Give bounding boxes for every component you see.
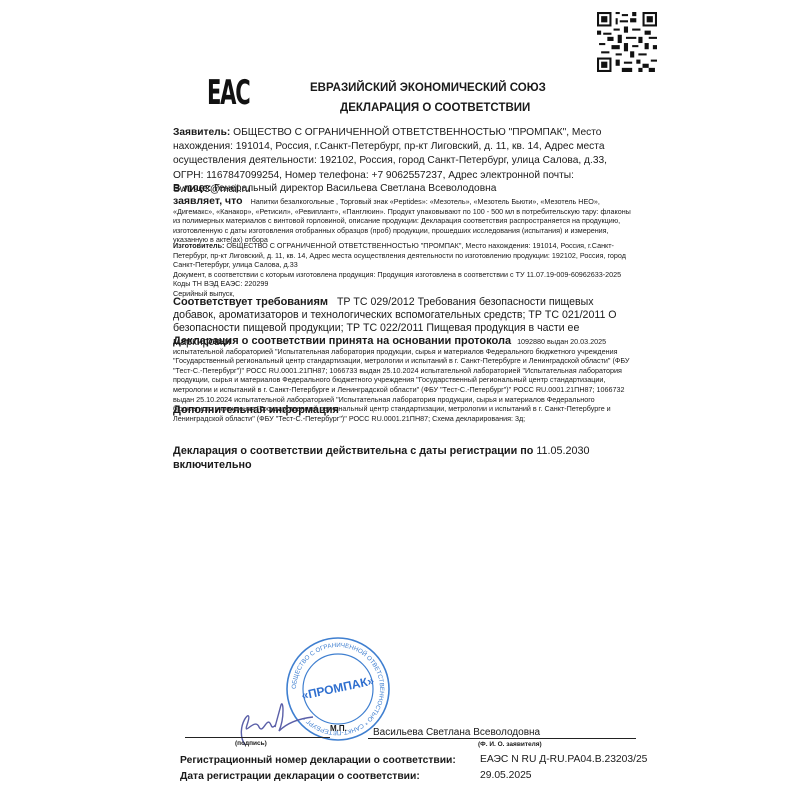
manufacturer-section: Изготовитель: ОБЩЕСТВО С ОГРАНИЧЕННОЙ ОТ…: [173, 241, 635, 299]
registration-date-label: Дата регистрации декларации о соответств…: [180, 771, 420, 782]
registration-number-label: Регистрационный номер декларации о соотв…: [180, 755, 456, 766]
eac-logo: ЕАС: [207, 73, 249, 113]
represented-by-label: В лице:: [173, 183, 211, 194]
applicant-label: Заявитель:: [173, 127, 230, 138]
validity-suffix: включительно: [173, 459, 252, 471]
registration-number: ЕАЭС N RU Д-RU.РА04.В.23203/25: [480, 754, 647, 765]
represented-by-text: Генеральный директор Васильева Светлана …: [214, 183, 496, 194]
qr-code-icon: [597, 12, 657, 72]
signature-caption: (подпись): [235, 740, 267, 747]
conforms-label: Соответствует требованиям: [173, 296, 328, 308]
name-line: [368, 738, 636, 739]
signer-name: Васильева Светлана Всеволодовна: [373, 727, 540, 738]
manufacturer-label: Изготовитель:: [173, 241, 224, 250]
hs-codes: Коды ТН ВЭД ЕАЭС: 220299: [173, 279, 635, 289]
signer-name-caption: (Ф. И. О. заявителя): [478, 741, 542, 748]
manufacturer-document: Документ, в соответствии с которым изгот…: [173, 270, 635, 280]
additional-info-label: Дополнительная информация: [173, 404, 635, 416]
registration-date: 29.05.2025: [480, 770, 532, 781]
validity-label: Декларация о соответствии действительна …: [173, 445, 533, 457]
declares-label: заявляет, что: [173, 195, 243, 207]
document-title: ДЕКЛАРАЦИЯ О СООТВЕТСТВИИ: [340, 102, 530, 114]
union-title: ЕВРАЗИЙСКИЙ ЭКОНОМИЧЕСКИЙ СОЮЗ: [310, 82, 546, 94]
manufacturer-text: ОБЩЕСТВО С ОГРАНИЧЕННОЙ ОТВЕТСТВЕННОСТЬЮ…: [173, 241, 626, 269]
validity-date: 11.05.2030: [536, 445, 589, 457]
signature-line: [185, 737, 330, 738]
basis-label: Декларация о соответствии принята на осн…: [173, 335, 511, 347]
validity-section: Декларация о соответствии действительна …: [173, 444, 603, 472]
declares-section: заявляет, что Напитки безалкогольные , Т…: [173, 197, 635, 245]
mp-label: М.П.: [330, 724, 347, 733]
